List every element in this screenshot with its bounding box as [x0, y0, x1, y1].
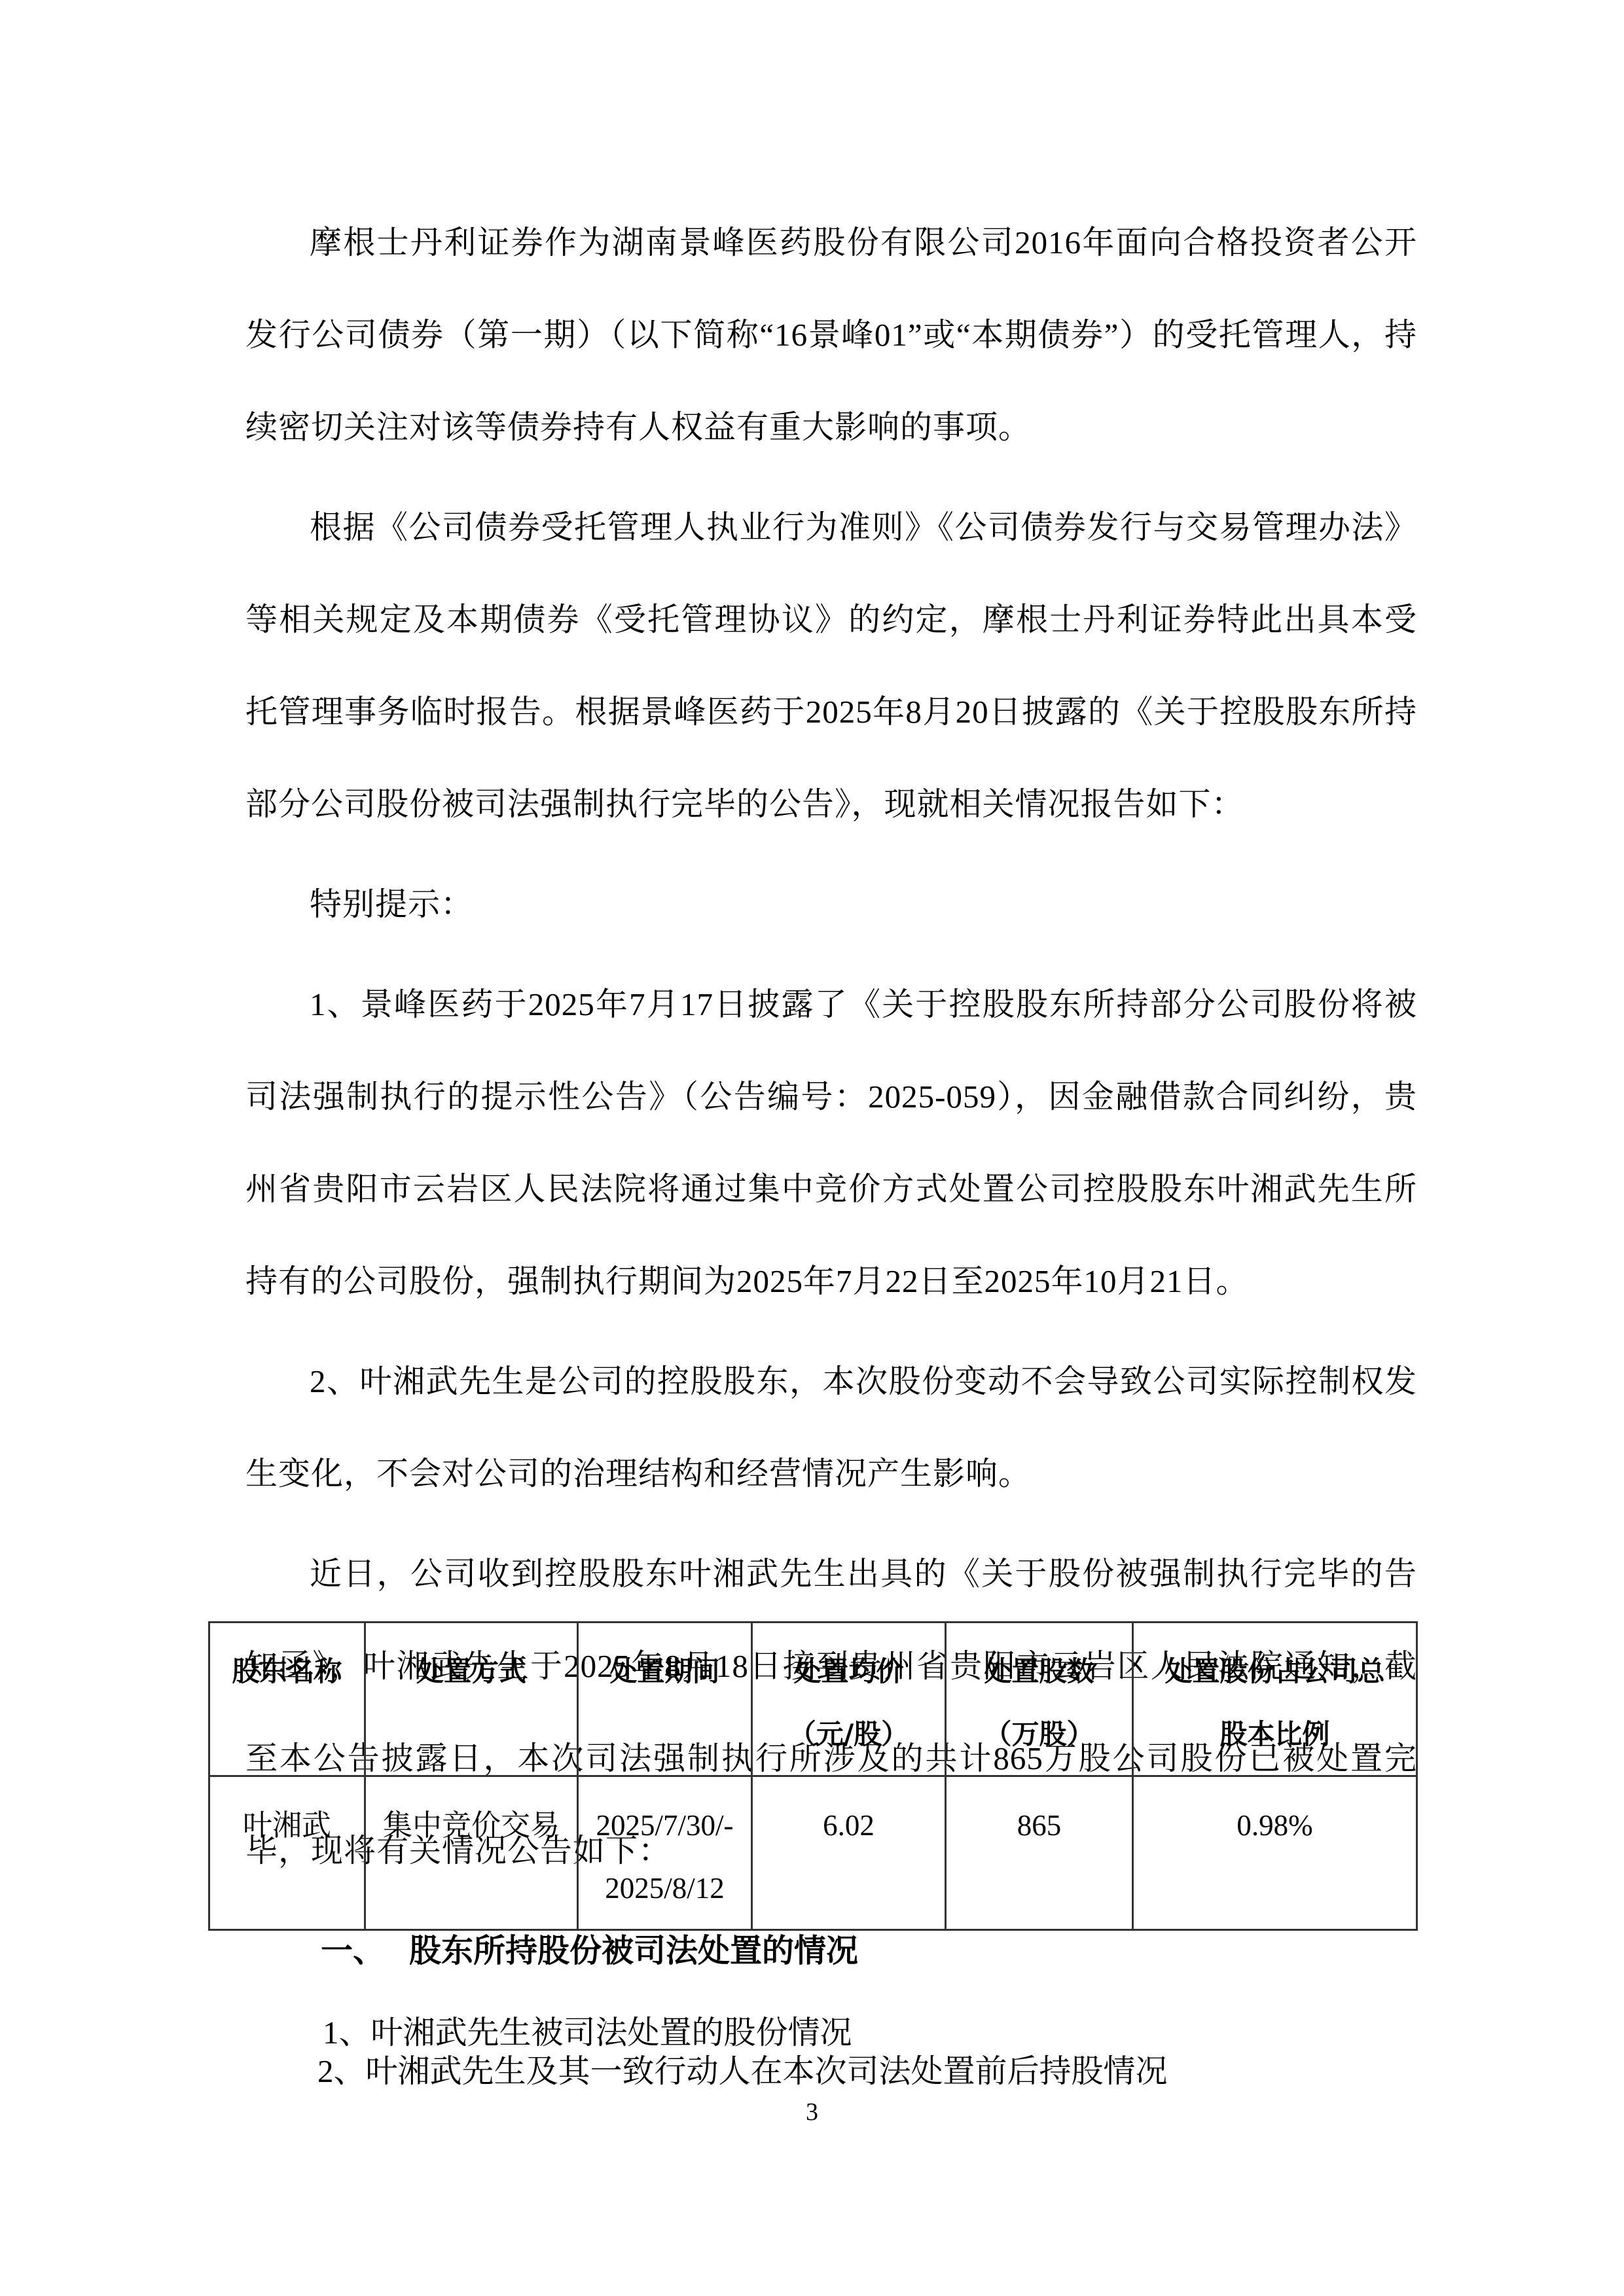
table-header-row: 股东名称 处置方式 处置期间 处置均价（元/股） 处置股数（万股） 处置股份占公…: [209, 1623, 1417, 1776]
header-shares: 处置股数（万股）: [946, 1623, 1133, 1776]
cell-shareholder-name: 叶湘武: [209, 1776, 365, 1930]
header-disposal-method: 处置方式: [365, 1623, 578, 1776]
cell-disposal-method: 集中竞价交易: [365, 1776, 578, 1930]
header-disposal-period: 处置期间: [578, 1623, 752, 1776]
disposal-table: 股东名称 处置方式 处置期间 处置均价（元/股） 处置股数（万股） 处置股份占公…: [208, 1621, 1418, 1931]
paragraph-special-notice-label: 特别提示：: [245, 858, 1417, 950]
page-number: 3: [0, 2098, 1624, 2126]
after-table-text: 2、叶湘武先生及其一致行动人在本次司法处置前后持股情况: [245, 2036, 1417, 2108]
paragraph-notice-2: 2、叶湘武先生是公司的控股股东，本次股份变动不会导致公司实际控制权发生变化，不会…: [245, 1335, 1417, 1520]
cell-avg-price: 6.02: [752, 1776, 946, 1930]
paragraph-notice-1: 1、景峰医药于2025年7月17日披露了《关于控股股东所持部分公司股份将被司法强…: [245, 958, 1417, 1327]
cell-shares: 865: [946, 1776, 1133, 1930]
table-row: 叶湘武 集中竞价交易 2025/7/30/-2025/8/12 6.02 865…: [209, 1776, 1417, 1930]
subsection-title-2: 2、叶湘武先生及其一致行动人在本次司法处置前后持股情况: [245, 2036, 1417, 2108]
document-page: 摩根士丹利证券作为湖南景峰医药股份有限公司2016年面向合格投资者公开发行公司债…: [0, 0, 1624, 2296]
cell-disposal-period: 2025/7/30/-2025/8/12: [578, 1776, 752, 1930]
header-shareholder-name: 股东名称: [209, 1623, 365, 1776]
header-ratio: 处置股份占公司总股本比例: [1133, 1623, 1417, 1776]
cell-ratio: 0.98%: [1133, 1776, 1417, 1930]
paragraph-intro: 摩根士丹利证券作为湖南景峰医药股份有限公司2016年面向合格投资者公开发行公司债…: [245, 196, 1417, 473]
section-title: 股东所持股份被司法处置的情况: [409, 1932, 858, 1969]
header-avg-price: 处置均价（元/股）: [752, 1623, 946, 1776]
paragraph-basis: 根据《公司债券受托管理人执业行为准则》《公司债券发行与交易管理办法》等相关规定及…: [245, 481, 1417, 850]
